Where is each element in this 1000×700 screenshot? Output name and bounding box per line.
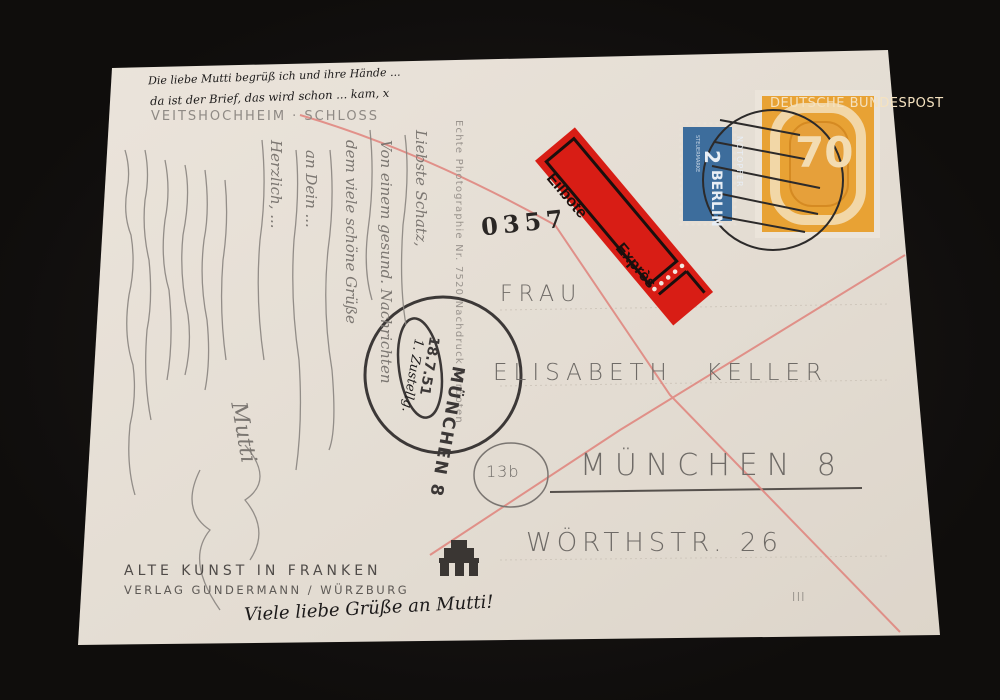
message-line-2: Von einem gesund. Nachrichten (377, 140, 395, 383)
message-line-4: an Dein ... (302, 150, 320, 228)
notopfer-inscription: NOTOPFER (735, 136, 744, 188)
series-title: ALTE KUNST IN FRANKEN (124, 563, 382, 579)
card-title: VEITSHOCHHEIM · SCHLOSS (151, 109, 379, 124)
address-floor: III (792, 590, 806, 604)
postcard: Die liebe Mutti begrüß ich und ihre Händ… (0, 0, 1000, 700)
message-line-3: dem viele schöne Grüße (342, 140, 360, 324)
address-salutation: FRAU (500, 282, 582, 307)
notopfer-value: 2 (700, 150, 724, 164)
publisher-line: VERLAG GUNDERMANN / WÜRZBURG (124, 583, 409, 597)
notopfer-sub: STEUERMARKE (694, 135, 700, 172)
address-name: ELISABETH KELLER (493, 360, 828, 386)
address-city: MÜNCHEN 8 (580, 448, 845, 483)
bundespost-value: 70 (795, 128, 853, 177)
address-district-code: 13b (486, 462, 520, 481)
bundespost-inscription: DEUTSCHE BUNDESPOST (770, 96, 944, 111)
address-street: WÖRTHSTR. 26 (526, 528, 783, 558)
message-line-1: Liebste Schatz, (412, 130, 430, 247)
notopfer-city: BERLIN (708, 170, 724, 227)
message-line-5: Herzlich, ... (267, 140, 285, 229)
